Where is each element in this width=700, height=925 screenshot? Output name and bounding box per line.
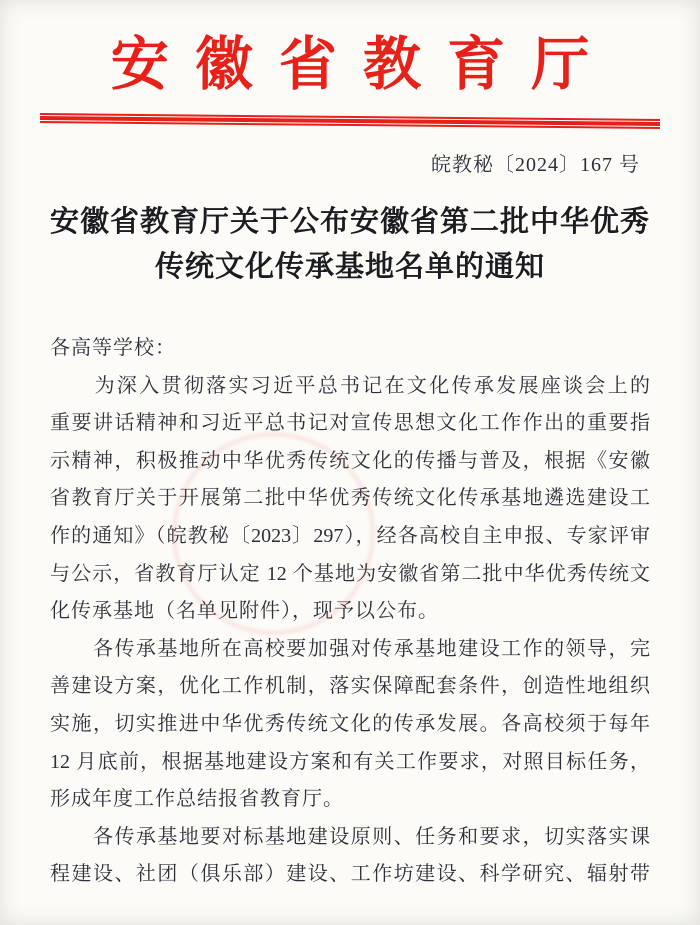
body-line: 程建设、社团（俱乐部）建设、工作坊建设、科学研究、辐射带 [50, 856, 650, 894]
document-body: 各高等学校： 为深入贯彻落实习近平总书记在文化传承发展座谈会上的 重要讲话精神和… [0, 330, 700, 894]
body-line: 实施，切实推进中华优秀传统文化的传承发展。各高校须于每年 [50, 706, 650, 744]
body-line: 重要讲话精神和习近平总书记对宣传思想文化工作作出的重要指 [50, 405, 650, 443]
body-line: 作的通知》（皖教秘〔2023〕297），经各高校自主申报、专家评审 [50, 518, 650, 556]
body-line: 化传承基地（名单见附件），现予以公布。 [50, 593, 650, 631]
body-line: 各传承基地要对标基地建设原则、任务和要求，切实落实课 [50, 819, 650, 857]
body-line: 各传承基地所在高校要加强对传承基地建设工作的领导，完 [50, 631, 650, 669]
document-number: 皖教秘〔2024〕167 号 [0, 152, 700, 178]
salutation: 各高等学校： [50, 330, 650, 368]
body-line: 省教育厅关于开展第二批中华优秀传统文化传承基地遴选建设工 [50, 480, 650, 518]
document-title: 安徽省教育厅关于公布安徽省第二批中华优秀 传统文化传承基地名单的通知 [0, 200, 700, 290]
body-line: 形成年度工作总结报省教育厅。 [50, 781, 650, 819]
document-title-line-2: 传统文化传承基地名单的通知 [0, 245, 700, 290]
agency-letterhead: 安徽省教育厅 [0, 26, 700, 104]
body-line: 善建设方案，优化工作机制，落实保障配套条件，创造性地组织 [50, 668, 650, 706]
body-line: 与公示，省教育厅认定 12 个基地为安徽省第二批中华优秀传统文 [50, 556, 650, 594]
scanned-document-page: 安徽省教育厅 皖教秘〔2024〕167 号 安徽省教育厅关于公布安徽省第二批中华… [0, 0, 700, 925]
body-line: 为深入贯彻落实习近平总书记在文化传承发展座谈会上的 [50, 368, 650, 406]
document-title-line-1: 安徽省教育厅关于公布安徽省第二批中华优秀 [0, 200, 700, 245]
body-line: 示精神，积极推动中华优秀传统文化的传播与普及，根据《安徽 [50, 443, 650, 481]
body-line: 12 月底前，根据基地建设方案和有关工作要求，对照目标任务， [50, 744, 650, 782]
red-divider-rule [40, 113, 660, 129]
